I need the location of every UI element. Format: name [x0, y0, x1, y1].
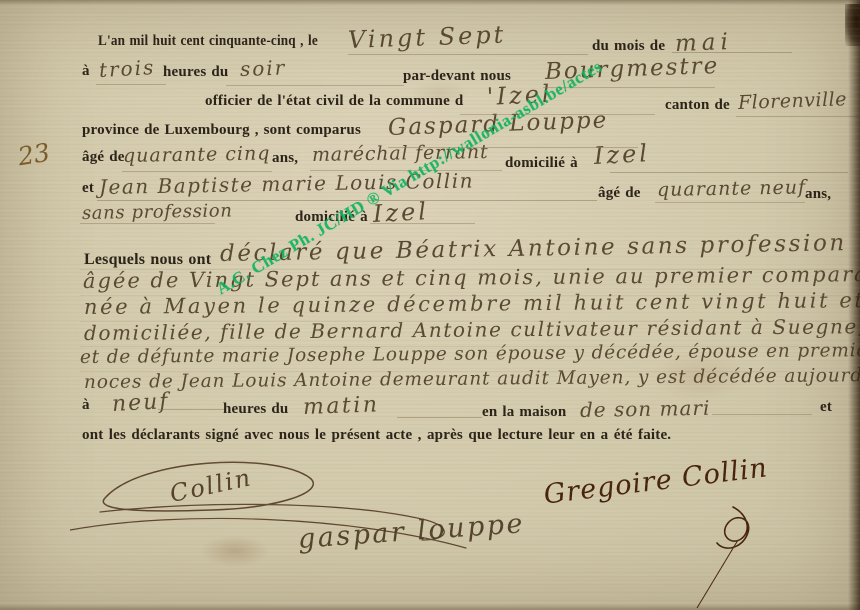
- printed-en-la-maison: en la maison: [482, 404, 566, 421]
- hw-hour: trois: [98, 55, 155, 82]
- page-edge-mark-top-right: [845, 4, 860, 46]
- printed-a-time: à: [82, 397, 90, 414]
- form-rule-line: [96, 84, 166, 85]
- hw-morning: matin: [303, 392, 380, 420]
- signature-collin-left-text: Collin: [167, 463, 254, 508]
- hw-evening: soir: [240, 55, 287, 81]
- scanned-civil-act-page: 23 L'an mil huit cent cinquante-cinq , l…: [0, 0, 860, 610]
- form-rule-line: [80, 321, 850, 322]
- printed-et: et: [82, 180, 94, 197]
- hw-declarant2-age: quarante neuf: [657, 176, 806, 201]
- hw-declaration-line5: et de défunte marie Josephe Louppe son é…: [80, 340, 860, 368]
- form-rule-line: [460, 114, 655, 115]
- printed-ans-2: ans,: [805, 186, 831, 203]
- form-rule-line: [712, 414, 812, 415]
- page-edge-shadow-bottom: [0, 604, 860, 610]
- hw-canton: Florenville: [738, 88, 848, 114]
- hw-declarant1-residence: Izel: [593, 139, 650, 170]
- form-rule-line: [80, 295, 850, 296]
- form-rule-line: [226, 85, 404, 86]
- act-margin-number: 23: [16, 138, 52, 172]
- form-rule-line: [122, 171, 272, 172]
- signature-gregoire-collin-text: Gregoire Collin: [542, 455, 769, 511]
- printed-ans-1: ans,: [272, 150, 298, 167]
- printed-province-comparus: province de Luxembourg , sont comparus: [82, 122, 361, 139]
- form-rule-line: [672, 52, 792, 53]
- form-rule-line: [348, 54, 588, 55]
- form-rule-line: [97, 200, 597, 201]
- form-rule-line: [388, 147, 638, 148]
- hw-declaration-line6: noces de Jean Louis Antoine demeurant au…: [84, 365, 860, 393]
- form-rule-line: [80, 269, 850, 270]
- signature-gregoire-collin: Gregoire Collin: [540, 455, 840, 610]
- page-edge-shadow-top: [0, 0, 860, 5]
- hw-death-hour: neuf: [111, 389, 170, 417]
- printed-age-de-1: âgé de: [82, 149, 125, 166]
- form-rule-line: [655, 202, 805, 203]
- printed-heures-du-2: heures du: [223, 401, 288, 418]
- hw-declarant2-profession: sans profession: [82, 200, 233, 224]
- printed-lesquels-nous-ont: Lesquels nous ont: [84, 251, 211, 269]
- page-edge-shadow-right: [848, 0, 860, 610]
- printed-closing-line: ont les déclarants signé avec nous le pr…: [82, 427, 671, 444]
- printed-heures-du: heures du: [163, 64, 228, 81]
- form-rule-line: [397, 417, 482, 418]
- form-rule-line: [80, 371, 850, 372]
- form-rule-line: [80, 346, 850, 347]
- form-rule-line: [736, 116, 858, 117]
- printed-a-hour: à: [82, 63, 90, 80]
- hw-declarant1-age: quarante cinq: [123, 142, 271, 167]
- printed-year-opening: L'an mil huit cent cinquante-cinq , le: [98, 33, 318, 50]
- printed-officier-etat-civil: officier de l'état civil de la commune d: [205, 93, 463, 110]
- form-rule-line: [370, 223, 475, 224]
- form-rule-line: [80, 223, 215, 224]
- hw-day-of-month: Vingt Sept: [348, 20, 507, 54]
- printed-canton-de: canton de: [665, 97, 730, 114]
- form-rule-line: [158, 409, 224, 410]
- printed-domicilie-a-1: domicilié à: [505, 155, 578, 172]
- printed-age-de-2: âgé de: [598, 185, 641, 202]
- printed-et-2: et: [820, 399, 832, 416]
- hw-house-of: de son mari: [580, 396, 711, 422]
- form-rule-line: [610, 172, 848, 173]
